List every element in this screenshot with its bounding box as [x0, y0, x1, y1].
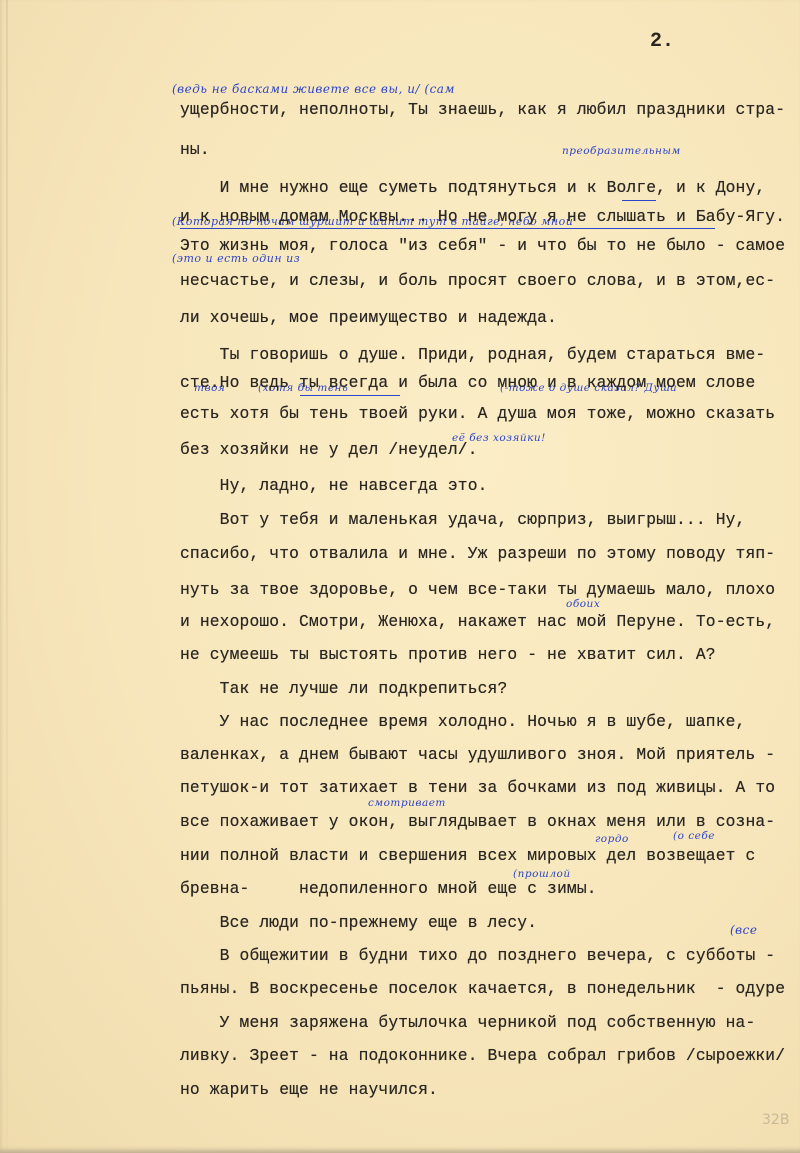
typed-line: и к новым домам Москвы... Но не могу я н…: [180, 207, 785, 226]
typed-line: спасибо, что отвалила и мне. Уж разреши …: [180, 544, 775, 563]
typed-line: несчастье, и слезы, и боль просят своего…: [180, 271, 775, 290]
annotation-oboih: обоих: [566, 598, 600, 610]
typed-line: сте.Но ведь ты всегда и была со мною и в…: [180, 373, 755, 392]
annotation-vse: (все: [730, 923, 758, 937]
typed-line: пьяны. В воскресенье поселок качается, в…: [180, 979, 785, 998]
typed-line: У меня заряжена бутылочка черникой под с…: [180, 1013, 755, 1032]
annotation-gordo: гордо: [595, 833, 629, 845]
document-page: 2. (ведь не басками живете все вы, и/ (с…: [0, 0, 800, 1153]
typed-line: ли хочешь, мое преимущество и надежда.: [180, 308, 557, 327]
typed-line: не сумеешь ты выстоять против него - не …: [180, 645, 716, 664]
typed-line: нуть за твое здоровье, о чем все-таки ты…: [180, 580, 775, 599]
typed-line: И мне нужно еще суметь подтянуться и к В…: [180, 178, 765, 197]
typed-line: ущербности, неполноты, Ты знаешь, как я …: [180, 100, 785, 119]
underline-moskvy: [180, 228, 715, 229]
typed-line: Ну, ладно, не навсегда это.: [180, 476, 488, 495]
typed-line: нии полной власти и свершения всех миров…: [180, 846, 755, 865]
archive-number: 32В: [762, 1112, 789, 1128]
typed-line: Ты говоришь о душе. Приди, родная, будем…: [180, 345, 765, 364]
typed-line: Так не лучше ли подкрепиться?: [180, 679, 507, 698]
annotation-preobrazitelnym: преобразительным: [562, 145, 681, 157]
typed-line: есть хотя бы тень твоей руки. А душа моя…: [180, 404, 775, 423]
underline-tvoei-ruki: [300, 395, 400, 396]
annotation-o-sebe: (о себе: [673, 830, 715, 842]
typed-line: ливку. Зреет - на подоконнике. Вчера соб…: [180, 1046, 785, 1065]
typed-line: без хозяйки не у дел /неудел/.: [180, 440, 478, 459]
annotation-smotrivaet: смотривает: [368, 797, 446, 809]
typed-line: петушок-и тот затихает в тени за бочками…: [180, 778, 775, 797]
typed-line: Вот у тебя и маленькая удача, сюрприз, в…: [180, 510, 745, 529]
typed-line: но жарить еще не научился.: [180, 1080, 438, 1099]
typed-line: все похаживает у окон, выглядывает в окн…: [180, 812, 775, 831]
paper-fold: [6, 0, 8, 1153]
annotation-line-1: (ведь не басками живете все вы, и/ (сам: [172, 82, 455, 96]
typed-line: Все люди по-прежнему еще в лесу.: [180, 913, 537, 932]
typed-line: Это жизнь моя, голоса "из себя" - и что …: [180, 236, 785, 255]
typed-line: и нехорошо. Смотри, Женюха, накажет нас …: [180, 612, 775, 631]
page-number: 2.: [650, 30, 674, 53]
typed-line: В общежитии в будни тихо до позднего веч…: [180, 946, 775, 965]
typed-line: У нас последнее время холодно. Ночью я в…: [180, 712, 745, 731]
typed-line: бревна- недопиленного мной еще с зимы.: [180, 879, 597, 898]
typed-line: валенках, а днем бывают часы удушливого …: [180, 745, 775, 764]
underline-i-k: [622, 200, 656, 201]
typed-line: ны.: [180, 140, 210, 159]
